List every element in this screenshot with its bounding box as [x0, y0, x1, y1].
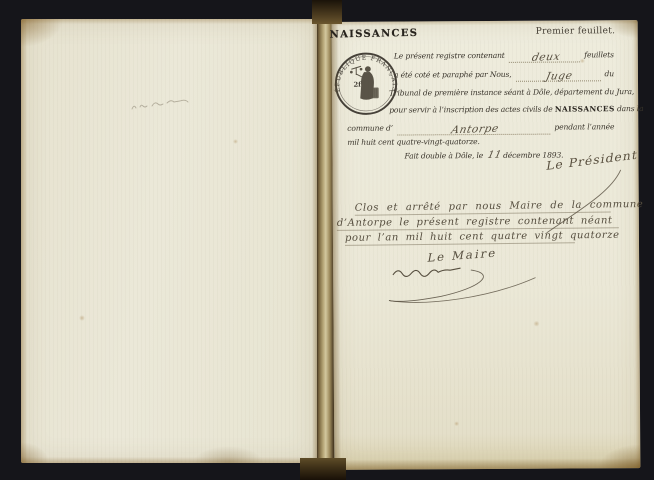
folio-label: Premier feuillet. — [536, 26, 616, 36]
closing-statement: Clos et arrêté par nous Maire de la comm… — [333, 201, 634, 333]
binding-top — [312, 0, 342, 24]
right-page: NAISSANCES Premier feuillet. RÉPUBLIQUE … — [332, 20, 641, 470]
statement-text: Fait double à Dôle, le — [404, 151, 483, 161]
handwritten-fill: Juge — [545, 71, 574, 82]
statement-line: commune d’ Antorpe pendant l’année — [347, 122, 614, 136]
statement-text: a été coté et paraphé par Nous, — [394, 70, 512, 81]
statement-line: Fait double à Dôle, le 11 décembre 1893. — [404, 151, 563, 162]
acts-type-label: NAISSANCES — [555, 104, 615, 113]
mayor-signature-scribble — [379, 262, 544, 308]
foxing-spot — [79, 315, 85, 321]
statement-line: Tribunal de première instance séant à Dô… — [389, 87, 634, 98]
fill-in-blank: Antorpe — [397, 123, 550, 136]
register-book-scan: NAISSANCES Premier feuillet. RÉPUBLIQUE … — [0, 0, 654, 480]
statement-line: Le présent registre contenant deux feuil… — [394, 50, 614, 63]
handwritten-day: 11 — [486, 151, 502, 161]
closing-line: pour l’an mil huit cent quatre vingt qua… — [345, 230, 575, 246]
naissances-header-stamp: NAISSANCES — [330, 28, 419, 41]
statement-text: pour servir à l’inscription des actes ci… — [389, 105, 552, 115]
register-statement: Le présent registre contenant deux feuil… — [380, 50, 615, 171]
statement-text: pendant l’année — [554, 122, 614, 132]
left-page — [21, 19, 317, 463]
handwritten-commune: Antorpe — [450, 124, 499, 136]
binding-bottom — [300, 458, 346, 480]
closing-line: d’Antorpe le présent registre contenant … — [337, 215, 619, 231]
foxing-spot — [233, 139, 238, 144]
statement-text: du — [604, 69, 614, 79]
statement-text: commune d’ — [347, 124, 393, 134]
foxing-spot — [454, 421, 459, 426]
fill-in-blank: deux — [509, 50, 581, 62]
pencil-annotation — [126, 93, 198, 117]
statement-line: a été coté et paraphé par Nous, Juge du — [394, 69, 614, 82]
seal-value: 2f — [353, 81, 362, 89]
statement-line: pour servir à l’inscription des actes ci… — [389, 104, 643, 116]
fill-in-blank: Juge — [515, 69, 600, 82]
statement-text: dans la — [617, 104, 644, 113]
closing-line: Clos et arrêté par nous Maire de la comm… — [355, 199, 611, 215]
handwritten-fill: deux — [531, 52, 561, 63]
statement-text: feuillets — [584, 50, 614, 60]
statement-line: mil huit cent quatre-vingt-quatorze. — [347, 137, 479, 148]
statement-text: Le présent registre contenant — [394, 51, 505, 62]
